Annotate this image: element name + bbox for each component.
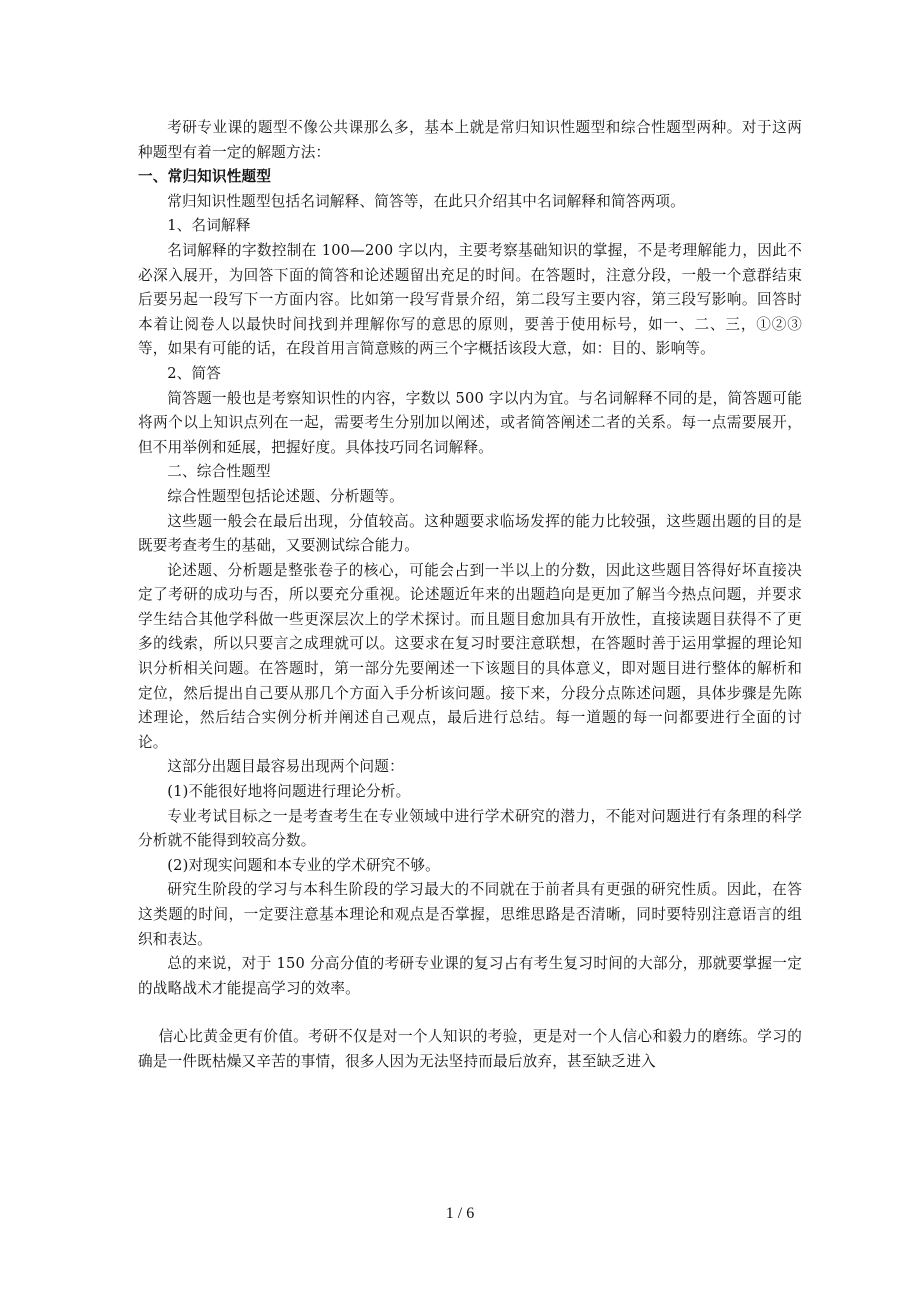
paragraph: 这部分出题目最容易出现两个问题：	[138, 755, 802, 780]
paragraph: 研究生阶段的学习与本科生阶段的学习最大的不同就在于前者具有更强的研究性质。因此，…	[138, 878, 802, 952]
paragraph-gap	[138, 1001, 802, 1025]
paragraph: 总的来说，对于 150 分高分值的考研专业课的复习占有考生复习时间的大部分，那就…	[138, 952, 802, 1001]
page-number: 1 / 6	[0, 1205, 920, 1223]
list-item-1: (1)不能很好地将问题进行理论分析。	[138, 780, 802, 805]
paragraph: 名词解释的字数控制在 100—200 字以内，主要考察基础知识的掌握，不是考理解…	[138, 239, 802, 362]
subheading-short-answer: 2、简答	[138, 362, 802, 387]
paragraph: 简答题一般也是考察知识性的内容，字数以 500 字以内为宜。与名词解释不同的是，…	[138, 387, 802, 461]
intro-paragraph: 考研专业课的题型不像公共课那么多，基本上就是常归知识性题型和综合性题型两种。对于…	[138, 116, 802, 165]
section-heading-1: 一、常归知识性题型	[138, 165, 802, 190]
list-item-2: (2)对现实问题和本专业的学术研究不够。	[138, 854, 802, 879]
paragraph: 综合性题型包括论述题、分析题等。	[138, 485, 802, 510]
document-page: 考研专业课的题型不像公共课那么多，基本上就是常归知识性题型和综合性题型两种。对于…	[138, 116, 802, 1075]
paragraph: 论述题、分析题是整张卷子的核心，可能会占到一半以上的分数，因此这些题目答得好坏直…	[138, 559, 802, 756]
paragraph: 专业考试目标之一是考查考生在专业领域中进行学术研究的潜力，不能对问题进行有条理的…	[138, 805, 802, 854]
section-heading-2: 二、综合性题型	[138, 460, 802, 485]
paragraph: 常归知识性题型包括名词解释、简答等，在此只介绍其中名词解释和简答两项。	[138, 190, 802, 215]
subheading-term-explanation: 1、名词解释	[138, 214, 802, 239]
paragraph: 信心比黄金更有价值。考研不仅是对一个人知识的考验，更是对一个人信心和毅力的磨练。…	[138, 1025, 802, 1074]
paragraph: 这些题一般会在最后出现，分值较高。这种题要求临场发挥的能力比较强，这些题出题的目…	[138, 510, 802, 559]
